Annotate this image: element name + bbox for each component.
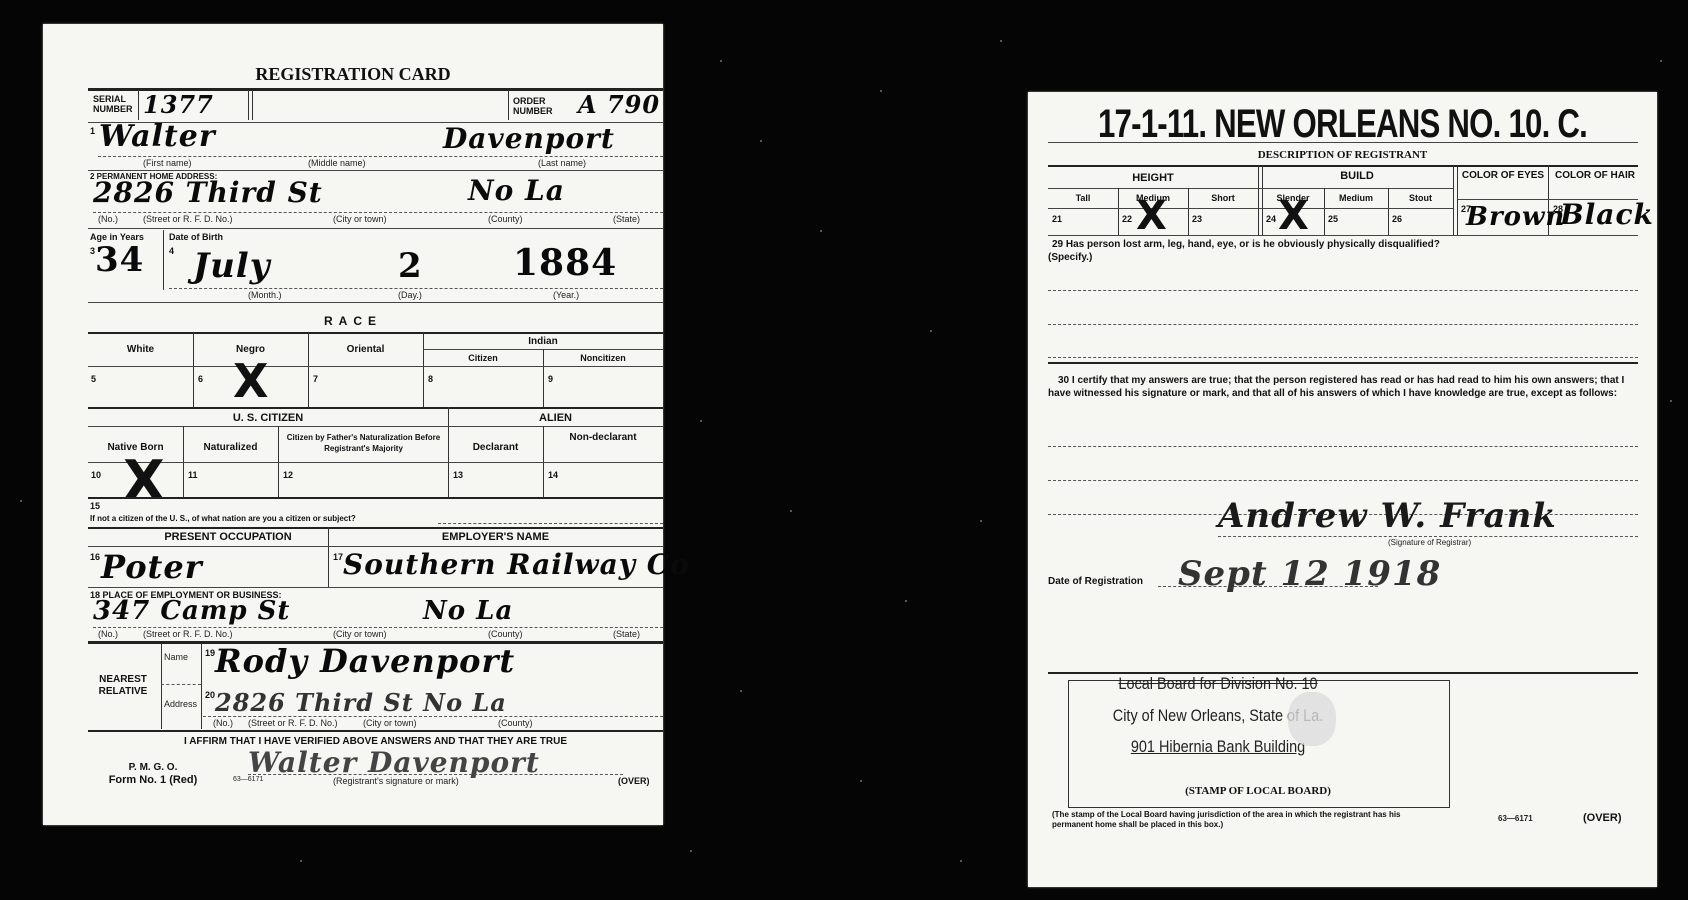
dob-year: 1884 (513, 242, 617, 284)
occupation-value: Poter (101, 548, 203, 586)
stamp-caption: (STAMP OF LOCAL BOARD) (1068, 785, 1448, 797)
dob-month: July (193, 246, 270, 286)
stamp-line-1: Local Board for Division No. 10 (1091, 674, 1346, 694)
eyes-heading: COLOR OF EYES (1458, 170, 1548, 182)
first-name-value: Walter (99, 119, 216, 154)
alien-heading: ALIEN (448, 412, 663, 424)
employer-heading: EMPLOYER'S NAME (328, 531, 663, 543)
height-heading: HEIGHT (1048, 172, 1258, 184)
registration-card-back: 17-1-11. NEW ORLEANS NO. 10. C. DESCRIPT… (1028, 92, 1657, 887)
race-negro-mark: X (233, 358, 268, 404)
employment-city: No La (423, 596, 513, 626)
dob-day: 2 (398, 246, 423, 286)
q30-text: 30 I certify that my answers are true; t… (1048, 374, 1638, 400)
hair-heading: COLOR OF HAIR (1550, 170, 1640, 182)
nearest-relative-label: NEAREST RELATIVE (88, 674, 158, 698)
order-number-value: A 790 (578, 90, 660, 119)
description-heading: DESCRIPTION OF REGISTRANT (1028, 149, 1657, 161)
native-born-mark: X (123, 454, 165, 508)
eye-color-value: Brown (1466, 202, 1565, 232)
date-of-registration-label: Date of Registration (1048, 576, 1143, 587)
age-value: 34 (95, 240, 144, 280)
race-heading: RACE (43, 314, 663, 328)
stamp-smudge (1288, 692, 1336, 746)
dob-label: Date of Birth (169, 232, 223, 242)
build-heading: BUILD (1262, 170, 1452, 182)
q29-text: 29 Has person lost arm, leg, hand, eye, … (1052, 239, 1440, 250)
nationality-question: If not a citizen of the U. S., of what n… (90, 514, 356, 523)
build-slender-mark: X (1278, 196, 1309, 236)
relative-address: 2826 Third St No La (215, 688, 507, 717)
hair-color-value: Black (1560, 198, 1654, 231)
home-address-street: 2826 Third St (93, 176, 323, 209)
registrar-signature: Andrew W. Frank (1218, 496, 1557, 536)
serial-number-label: SERIAL NUMBER (93, 94, 133, 114)
relative-name: Rody Davenport (215, 642, 515, 680)
local-board-stamp-header: 17-1-11. NEW ORLEANS NO. 10. C. (1097, 102, 1588, 147)
stamp-note: (The stamp of the Local Board having jur… (1052, 810, 1442, 830)
occupation-heading: PRESENT OCCUPATION (88, 531, 368, 543)
employer-value: Southern Railway Co (343, 548, 690, 581)
order-number-label: ORDER NUMBER (513, 96, 563, 116)
home-address-city: No La (468, 174, 565, 207)
serial-number-value: 1377 (143, 90, 214, 119)
registration-card-front: REGISTRATION CARD SERIAL NUMBER 1377 ORD… (43, 24, 663, 825)
date-of-registration-value: Sept 12 1918 (1178, 554, 1441, 594)
form-id: Form No. 1 (Red) (88, 774, 218, 786)
employment-street: 347 Camp St (93, 596, 290, 626)
last-name-value: Davenport (443, 122, 615, 155)
us-citizen-heading: U. S. CITIZEN (88, 412, 448, 424)
card-title: REGISTRATION CARD (43, 64, 663, 85)
height-medium-mark: X (1136, 196, 1167, 236)
